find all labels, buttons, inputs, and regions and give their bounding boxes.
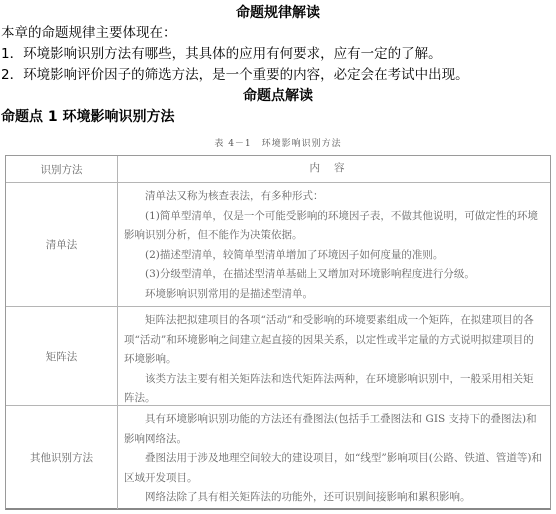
paragraph: 网络法除了具有相关矩阵法的功能外，还可识别间接影响和累积影响。 [124, 488, 542, 508]
paragraph: 该类方法主要有相关矩阵法和迭代矩阵法两种，在环境影响识别中，一般采用相关矩阵法。 [124, 370, 542, 409]
identification-methods-table: 识别方法 内容 清单法 清单法又称为核查表法，有多种形式： (1)简单型清单，仅… [5, 155, 551, 510]
point-1: 1．环境影响识别方法有哪些，其具体的应用有何要求，应有一定的了解。 [1, 45, 442, 63]
table-row: 其他识别方法 具有环境影响识别功能的方法还有叠图法(包括手工叠图法和 GIS 支… [6, 406, 550, 509]
row-content: 清单法又称为核查表法，有多种形式： (1)简单型清单，仅是一个可能受影响的环境因… [118, 183, 550, 306]
table-caption: 表 4－1 环境影响识别方法 [0, 138, 556, 150]
row-content: 具有环境影响识别功能的方法还有叠图法(包括手工叠图法和 GIS 支持下的叠图法)… [118, 406, 550, 509]
row-content: 矩阵法把拟建项目的各项“活动”和受影响的环境要素组成一个矩阵，在拟建项目的各项“… [118, 307, 550, 405]
paragraph: 具有环境影响识别功能的方法还有叠图法(包括手工叠图法和 GIS 支持下的叠图法)… [124, 410, 542, 449]
header-method: 识别方法 [6, 156, 118, 182]
paragraph: 环境影响识别常用的是描述型清单。 [124, 285, 542, 305]
paragraph: (1)简单型清单，仅是一个可能受影响的环境因子表，不做其他说明，可做定性的环境影… [124, 207, 542, 246]
subtitle: 命题点解读 [0, 87, 556, 105]
page-title: 命题规律解读 [0, 4, 556, 22]
paragraph: 叠图法用于涉及地理空间较大的建设项目，如“线型”影响项目(公路、铁道、管道等)和… [124, 449, 542, 488]
row-method-other: 其他识别方法 [6, 406, 118, 509]
table-row: 清单法 清单法又称为核查表法，有多种形式： (1)简单型清单，仅是一个可能受影响… [6, 183, 550, 307]
point-2: 2．环境影响评价因子的筛选方法，是一个重要的内容，必定会在考试中出现。 [1, 66, 469, 84]
row-method-matrix: 矩阵法 [6, 307, 118, 405]
paragraph: 清单法又称为核查表法，有多种形式： [124, 187, 542, 207]
table-header-row: 识别方法 内容 [6, 156, 550, 183]
paragraph: (2)描述型清单，较简单型清单增加了环境因子如何度量的准则。 [124, 246, 542, 266]
header-content: 内容 [118, 156, 550, 182]
row-method-checklist: 清单法 [6, 183, 118, 306]
paragraph: 矩阵法把拟建项目的各项“活动”和受影响的环境要素组成一个矩阵，在拟建项目的各项“… [124, 311, 542, 370]
intro-text: 本章的命题规律主要体现在： [1, 24, 177, 42]
section-title: 命题点 1 环境影响识别方法 [1, 108, 175, 126]
table-row: 矩阵法 矩阵法把拟建项目的各项“活动”和受影响的环境要素组成一个矩阵，在拟建项目… [6, 307, 550, 406]
paragraph: (3)分级型清单，在描述型清单基础上又增加对环境影响程度进行分级。 [124, 265, 542, 285]
